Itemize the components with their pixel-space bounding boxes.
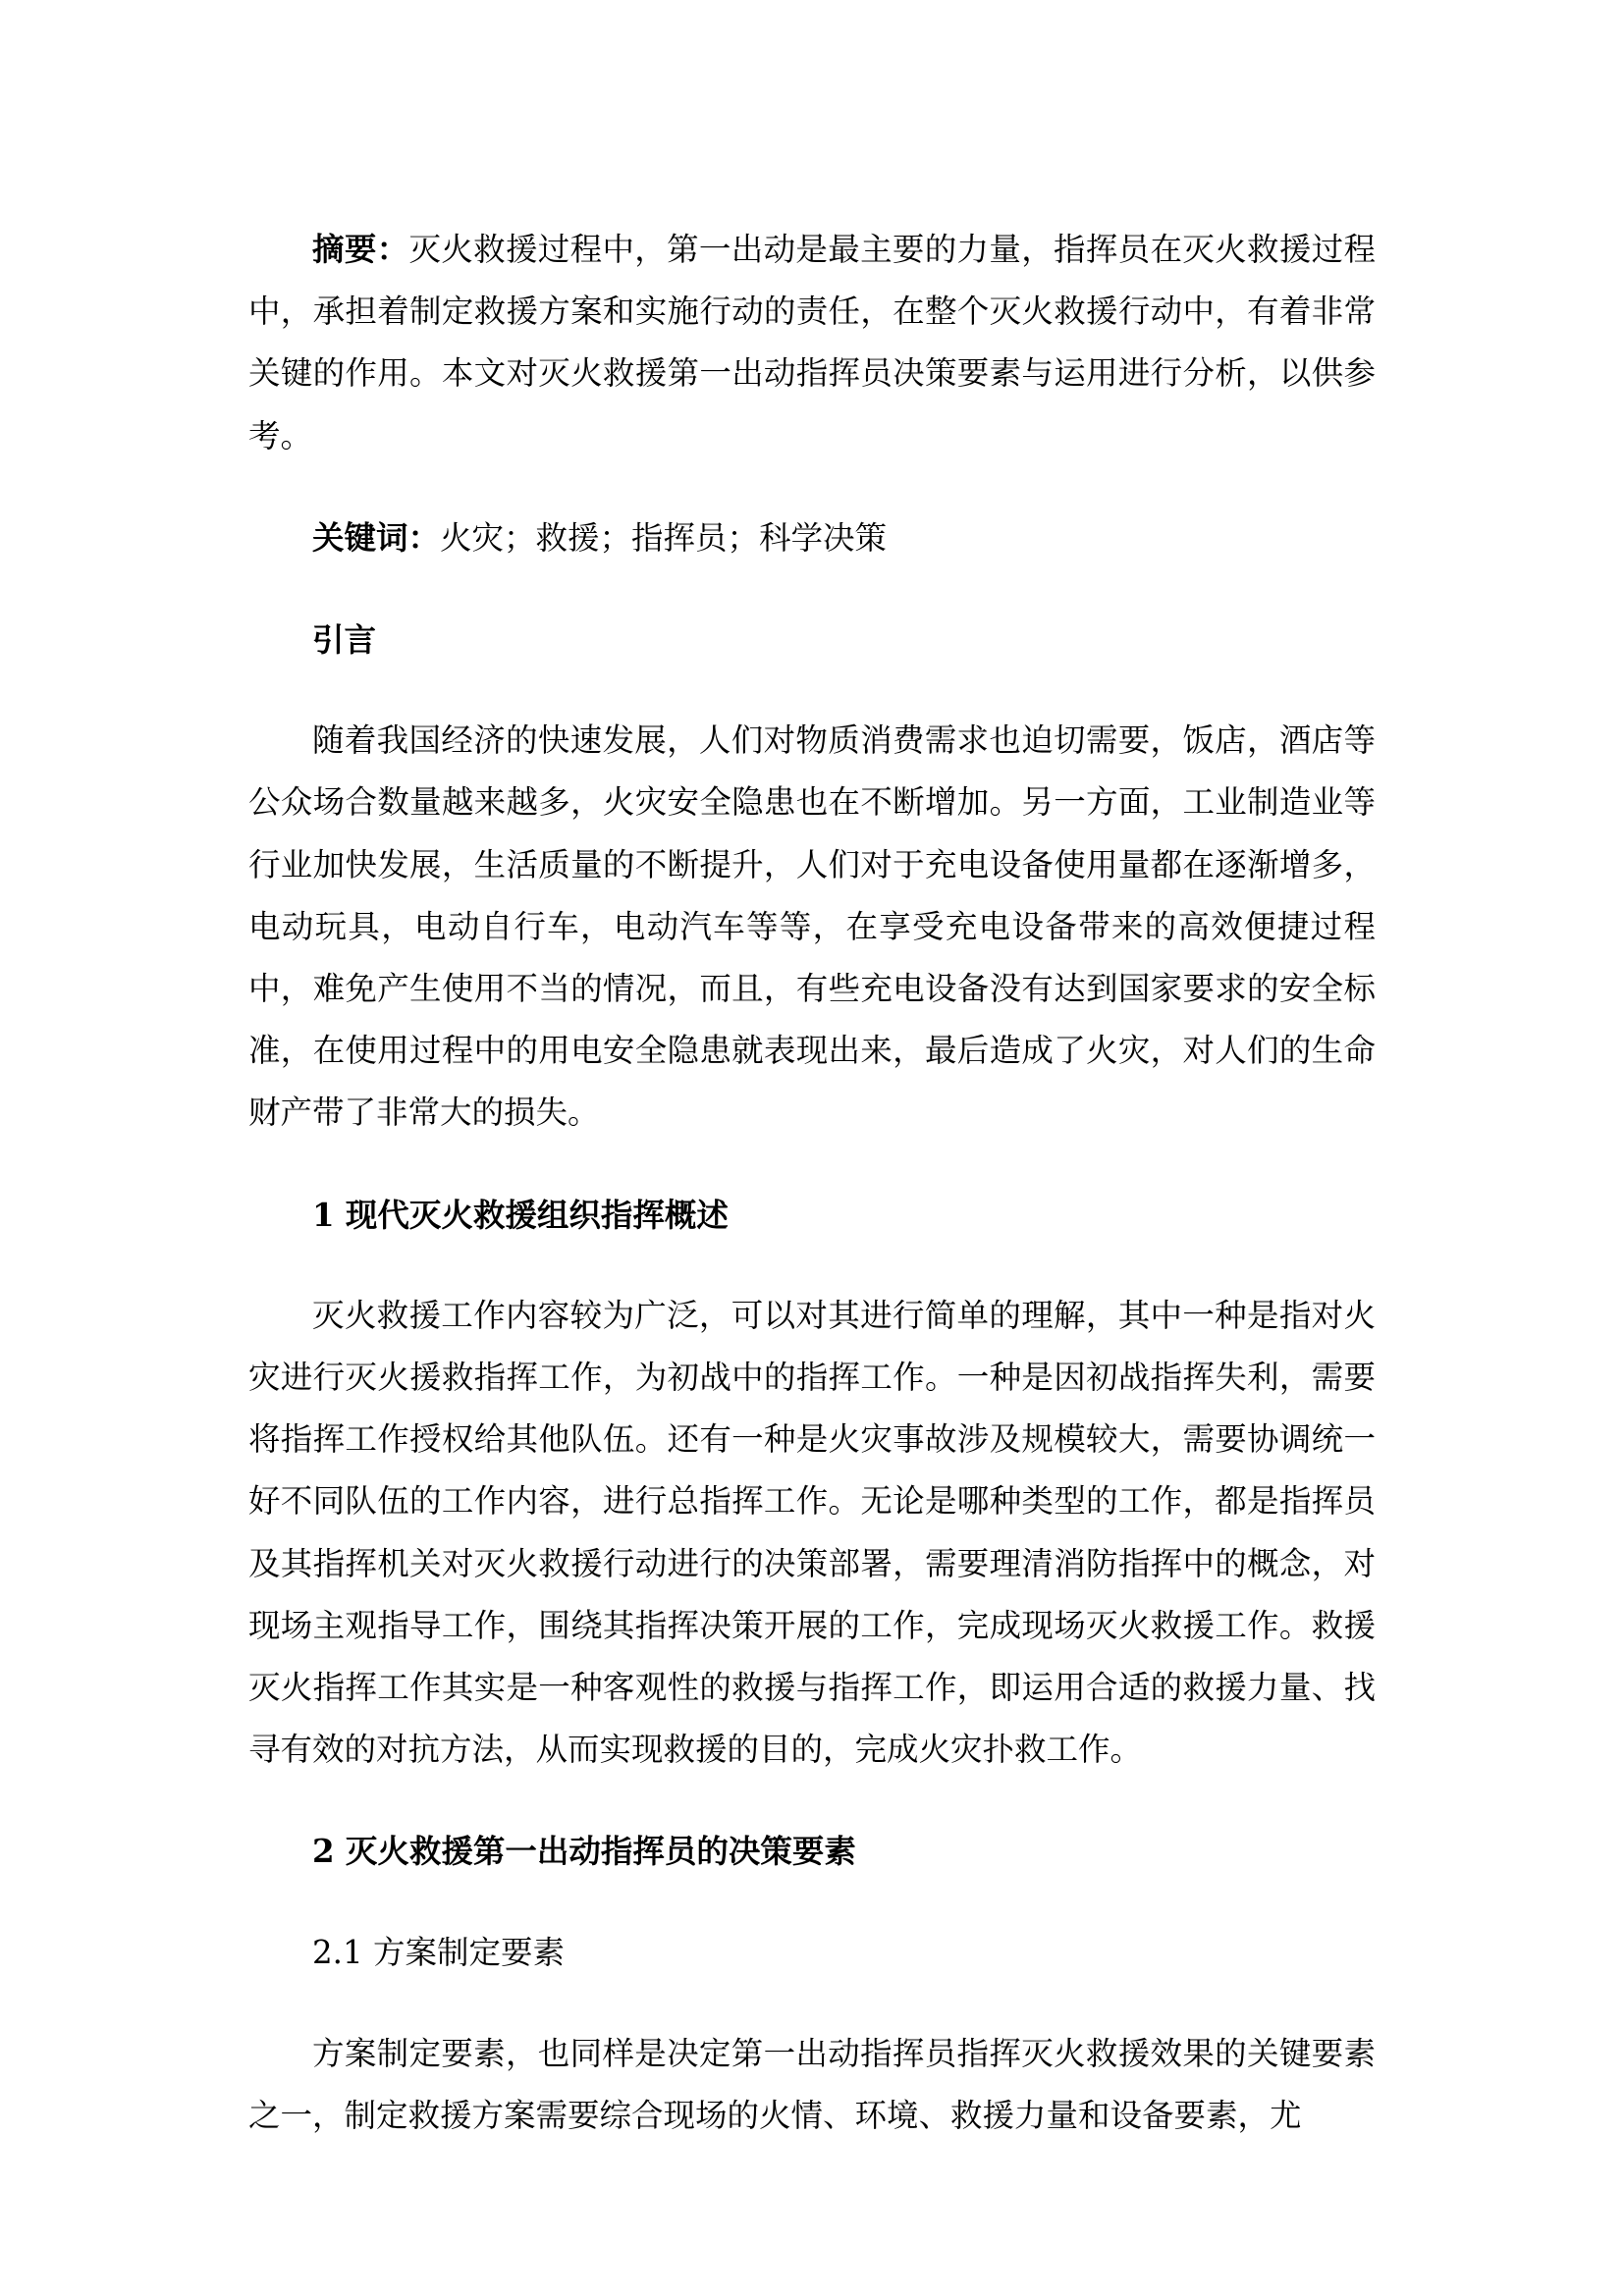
introduction-paragraph: 随着我国经济的快速发展，人们对物质消费需求也迫切需要，饭店，酒店等公众场合数量越… (248, 710, 1376, 1144)
introduction-heading: 引言 (248, 609, 1376, 670)
document-page: 摘要：灭火救援过程中，第一出动是最主要的力量，指挥员在灭火救援过程中，承担着制定… (248, 218, 1376, 2147)
section-1-heading: 1 现代灭火救援组织指挥概述 (248, 1184, 1376, 1246)
keywords-label: 关键词： (312, 518, 440, 557)
keywords-line: 关键词：火灾；救援；指挥员；科学决策 (248, 507, 1376, 569)
abstract-paragraph: 摘要：灭火救援过程中，第一出动是最主要的力量，指挥员在灭火救援过程中，承担着制定… (248, 218, 1376, 467)
keywords-text: 火灾；救援；指挥员；科学决策 (440, 519, 887, 557)
section-2-1-paragraph: 方案制定要素，也同样是决定第一出动指挥员指挥灭火救援效果的关键要素之一，制定救援… (248, 2023, 1376, 2147)
section-2-1-heading: 2.1 方案制定要素 (248, 1922, 1376, 1984)
section-1-paragraph: 灭火救援工作内容较为广泛，可以对其进行简单的理解，其中一种是指对火灾进行灭火援救… (248, 1285, 1376, 1782)
section-2-heading: 2 灭火救援第一出动指挥员的决策要素 (248, 1820, 1376, 1882)
abstract-text: 灭火救援过程中，第一出动是最主要的力量，指挥员在灭火救援过程中，承担着制定救援方… (248, 231, 1376, 454)
abstract-label: 摘要： (312, 230, 408, 268)
